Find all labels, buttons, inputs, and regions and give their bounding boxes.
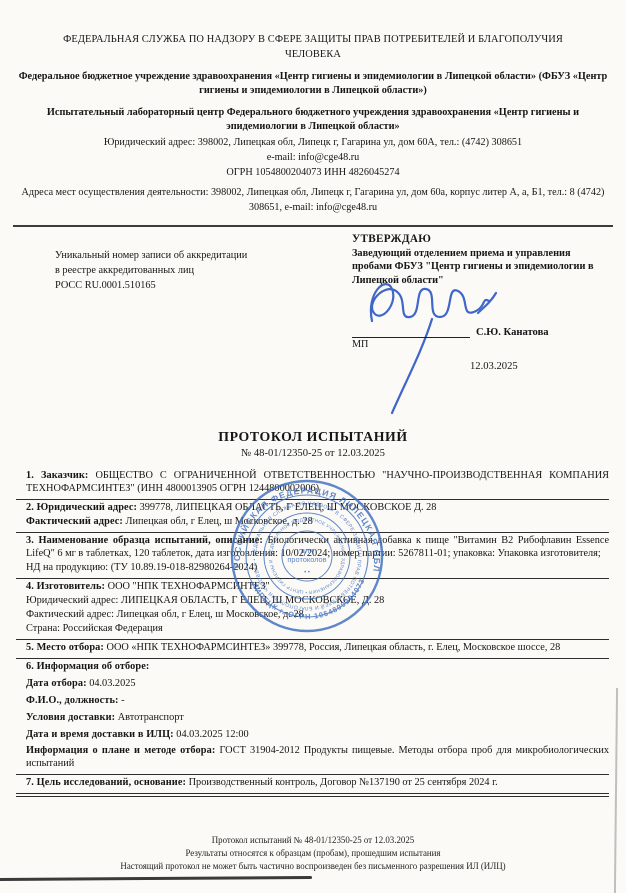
section-sampling-place: 5. Место отбора: ООО «НПК ТЕХНОФАРМСИНТЕ… [16,640,609,659]
scan-artifact-bottom-line [0,876,312,881]
section-sampling-info: 6. Информация об отборе: Дата отбора: 04… [16,659,609,776]
protocol-number: № 48-01/12350-25 от 12.03.2025 [0,448,626,459]
sampling-date-value: 04.03.2025 [89,678,135,689]
sampling-date-label: Дата отбора: [26,678,87,689]
manufacturer-label: 4. Изготовитель: [26,581,105,592]
approver-position: Заведующий отделением приема и управлени… [352,247,602,287]
sampling-place-value: ООО «НПК ТЕХНОФАРМСИНТЕЗ» 399778, Россия… [107,642,561,653]
delivery-conditions-value: Автотранспорт [118,712,184,723]
approval-row: Уникальный номер записи об аккредитации … [0,227,626,413]
protocol-title-block: ПРОТОКОЛ ИСПЫТАНИЙ № 48-01/12350-25 от 1… [0,429,626,459]
approval-block: УТВЕРЖДАЮ Заведующий отделением приема и… [352,233,602,372]
mp-label: МП [352,339,602,350]
federal-service-name: ФЕДЕРАЛЬНАЯ СЛУЖБА ПО НАДЗОРУ В СФЕРЕ ЗА… [37,33,589,62]
official-stamp: РОССИЙСКАЯ ФЕДЕРАЦИЯ ЛИПЕЦКАЯ ОБЛАСТЬ ЛИ… [228,477,386,635]
laboratory-center-name: Испытательный лабораторный центр Федерал… [35,106,591,134]
footer-results-note: Результаты относятся к образцам (пробам)… [0,847,626,860]
purpose-value: Производственный контроль, Договор №1371… [189,777,498,788]
stamp-center-dots: • • [304,570,310,576]
signature-line [352,337,470,338]
delivery-conditions-label: Условия доставки: [26,712,115,723]
sampling-info-label: 6. Информация об отборе: [26,661,149,672]
stamp-center-line2: протоколов [287,555,326,564]
legal-address-label: 2. Юридический адрес: [26,502,137,513]
signature-row: С.Ю. Канатова [352,327,602,338]
section-customer-label: 1. Заказчик: [26,470,88,481]
sampling-place-label: 5. Место отбора: [26,642,104,653]
approval-title: УТВЕРЖДАЮ [352,233,602,245]
sampling-method-label: Информация о плане и методе отбора: [26,745,215,756]
signer-name: С.Ю. Канатова [476,327,549,338]
page-footer: Протокол испытаний № 48-01/12350-25 от 1… [0,834,626,873]
scanned-protocol-page: ФЕДЕРАЛЬНАЯ СЛУЖБА ПО НАДЗОРУ В СФЕРЕ ЗА… [0,0,626,893]
protocol-title: ПРОТОКОЛ ИСПЫТАНИЙ [0,429,626,445]
document-header: ФЕДЕРАЛЬНАЯ СЛУЖБА ПО НАДЗОРУ В СФЕРЕ ЗА… [0,0,626,215]
sampler-name-value: - [121,695,124,706]
footer-protocol-number: Протокол испытаний № 48-01/12350-25 от 1… [0,834,626,847]
accreditation-line2: в реестре аккредитованных лиц [55,264,327,279]
section-purpose: 7. Цель исследований, основание: Произво… [16,775,609,794]
approval-date: 12.03.2025 [470,361,602,372]
sampler-name-label: Ф.И.О., должность: [26,695,119,706]
accreditation-record: Уникальный номер записи об аккредитации … [55,249,327,294]
accreditation-line1: Уникальный номер записи об аккредитации [55,249,327,264]
legal-address: Юридический адрес: 398002, Липецкая обл,… [0,136,626,149]
activity-addresses: Адреса мест осуществления деятельности: … [17,186,609,215]
email: e-mail: info@cge48.ru [0,151,626,164]
delivery-datetime-value: 04.03.2025 12:00 [176,729,248,740]
purpose-label: 7. Цель исследований, основание: [26,777,186,788]
organization-name: Федеральное бюджетное учреждение здравоо… [17,70,609,98]
ogrn-inn: ОГРН 1054800204073 ИНН 4826045274 [0,166,626,179]
actual-address-label: Фактический адрес: [26,516,123,527]
delivery-datetime-label: Дата и время доставки в ИЛЦ: [26,729,174,740]
stamp-center-line1: для [301,546,314,555]
accreditation-number: РОСС RU.0001.510165 [55,279,327,294]
footer-reproduction-note: Настоящий протокол не может быть частичн… [0,860,626,873]
